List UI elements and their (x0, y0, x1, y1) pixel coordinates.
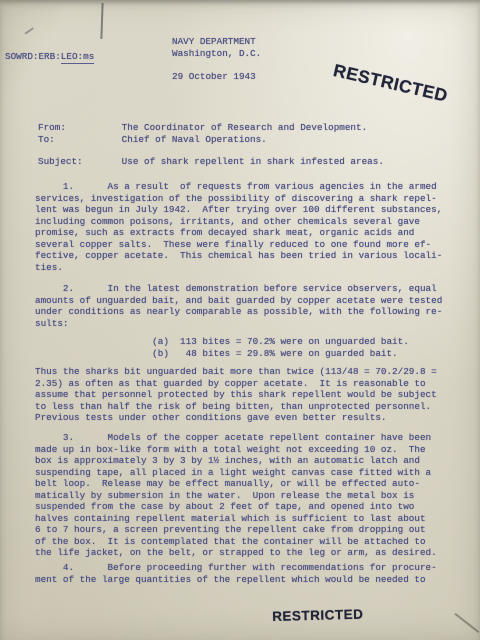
photo-top-edge (0, 0, 480, 4)
paragraph-4: 4. Before proceeding further with recomm… (35, 562, 437, 585)
paragraph-3: 3. Models of the copper acetate repellen… (35, 432, 437, 559)
corner-fold-line (455, 613, 480, 633)
reference-code-initials: LEO:ms (61, 51, 94, 64)
memo-page: SOWRD:ERB: LEO:ms NAVY DEPARTMENT Washin… (0, 0, 480, 640)
paragraph-2-conclusion: Thus the sharks bit unguarded bait more … (35, 366, 437, 424)
addressing-block: From: The Coordinator of Research and De… (38, 122, 367, 145)
subject-line: Subject: Use of shark repellent in shark… (38, 156, 384, 168)
pencil-scratch-mark (100, 3, 103, 39)
paragraph-2-intro: 2. In the latest demonstration before se… (35, 283, 442, 329)
pencil-check-mark (24, 27, 33, 34)
paragraph-2-results-list: (a) 113 bites = 70.2% were on unguarded … (35, 336, 409, 359)
restricted-stamp-bottom: RESTRICTED (272, 607, 364, 624)
reference-code-prefix: SOWRD:ERB: (5, 51, 61, 64)
letterhead-block: NAVY DEPARTMENT Washington, D.C. 29 Octo… (172, 36, 261, 82)
restricted-stamp-top: RESTRICTED (331, 60, 450, 107)
reference-code: SOWRD:ERB: LEO:ms (5, 51, 94, 64)
paragraph-1: 1. As a result of requests from various … (35, 181, 442, 273)
